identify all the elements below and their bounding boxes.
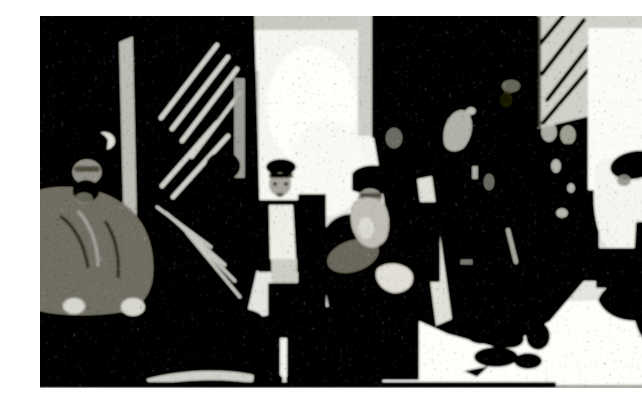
- dark-speckle-overlay: [40, 16, 642, 388]
- historical-photograph: [40, 16, 642, 388]
- photo-canvas: [40, 16, 642, 388]
